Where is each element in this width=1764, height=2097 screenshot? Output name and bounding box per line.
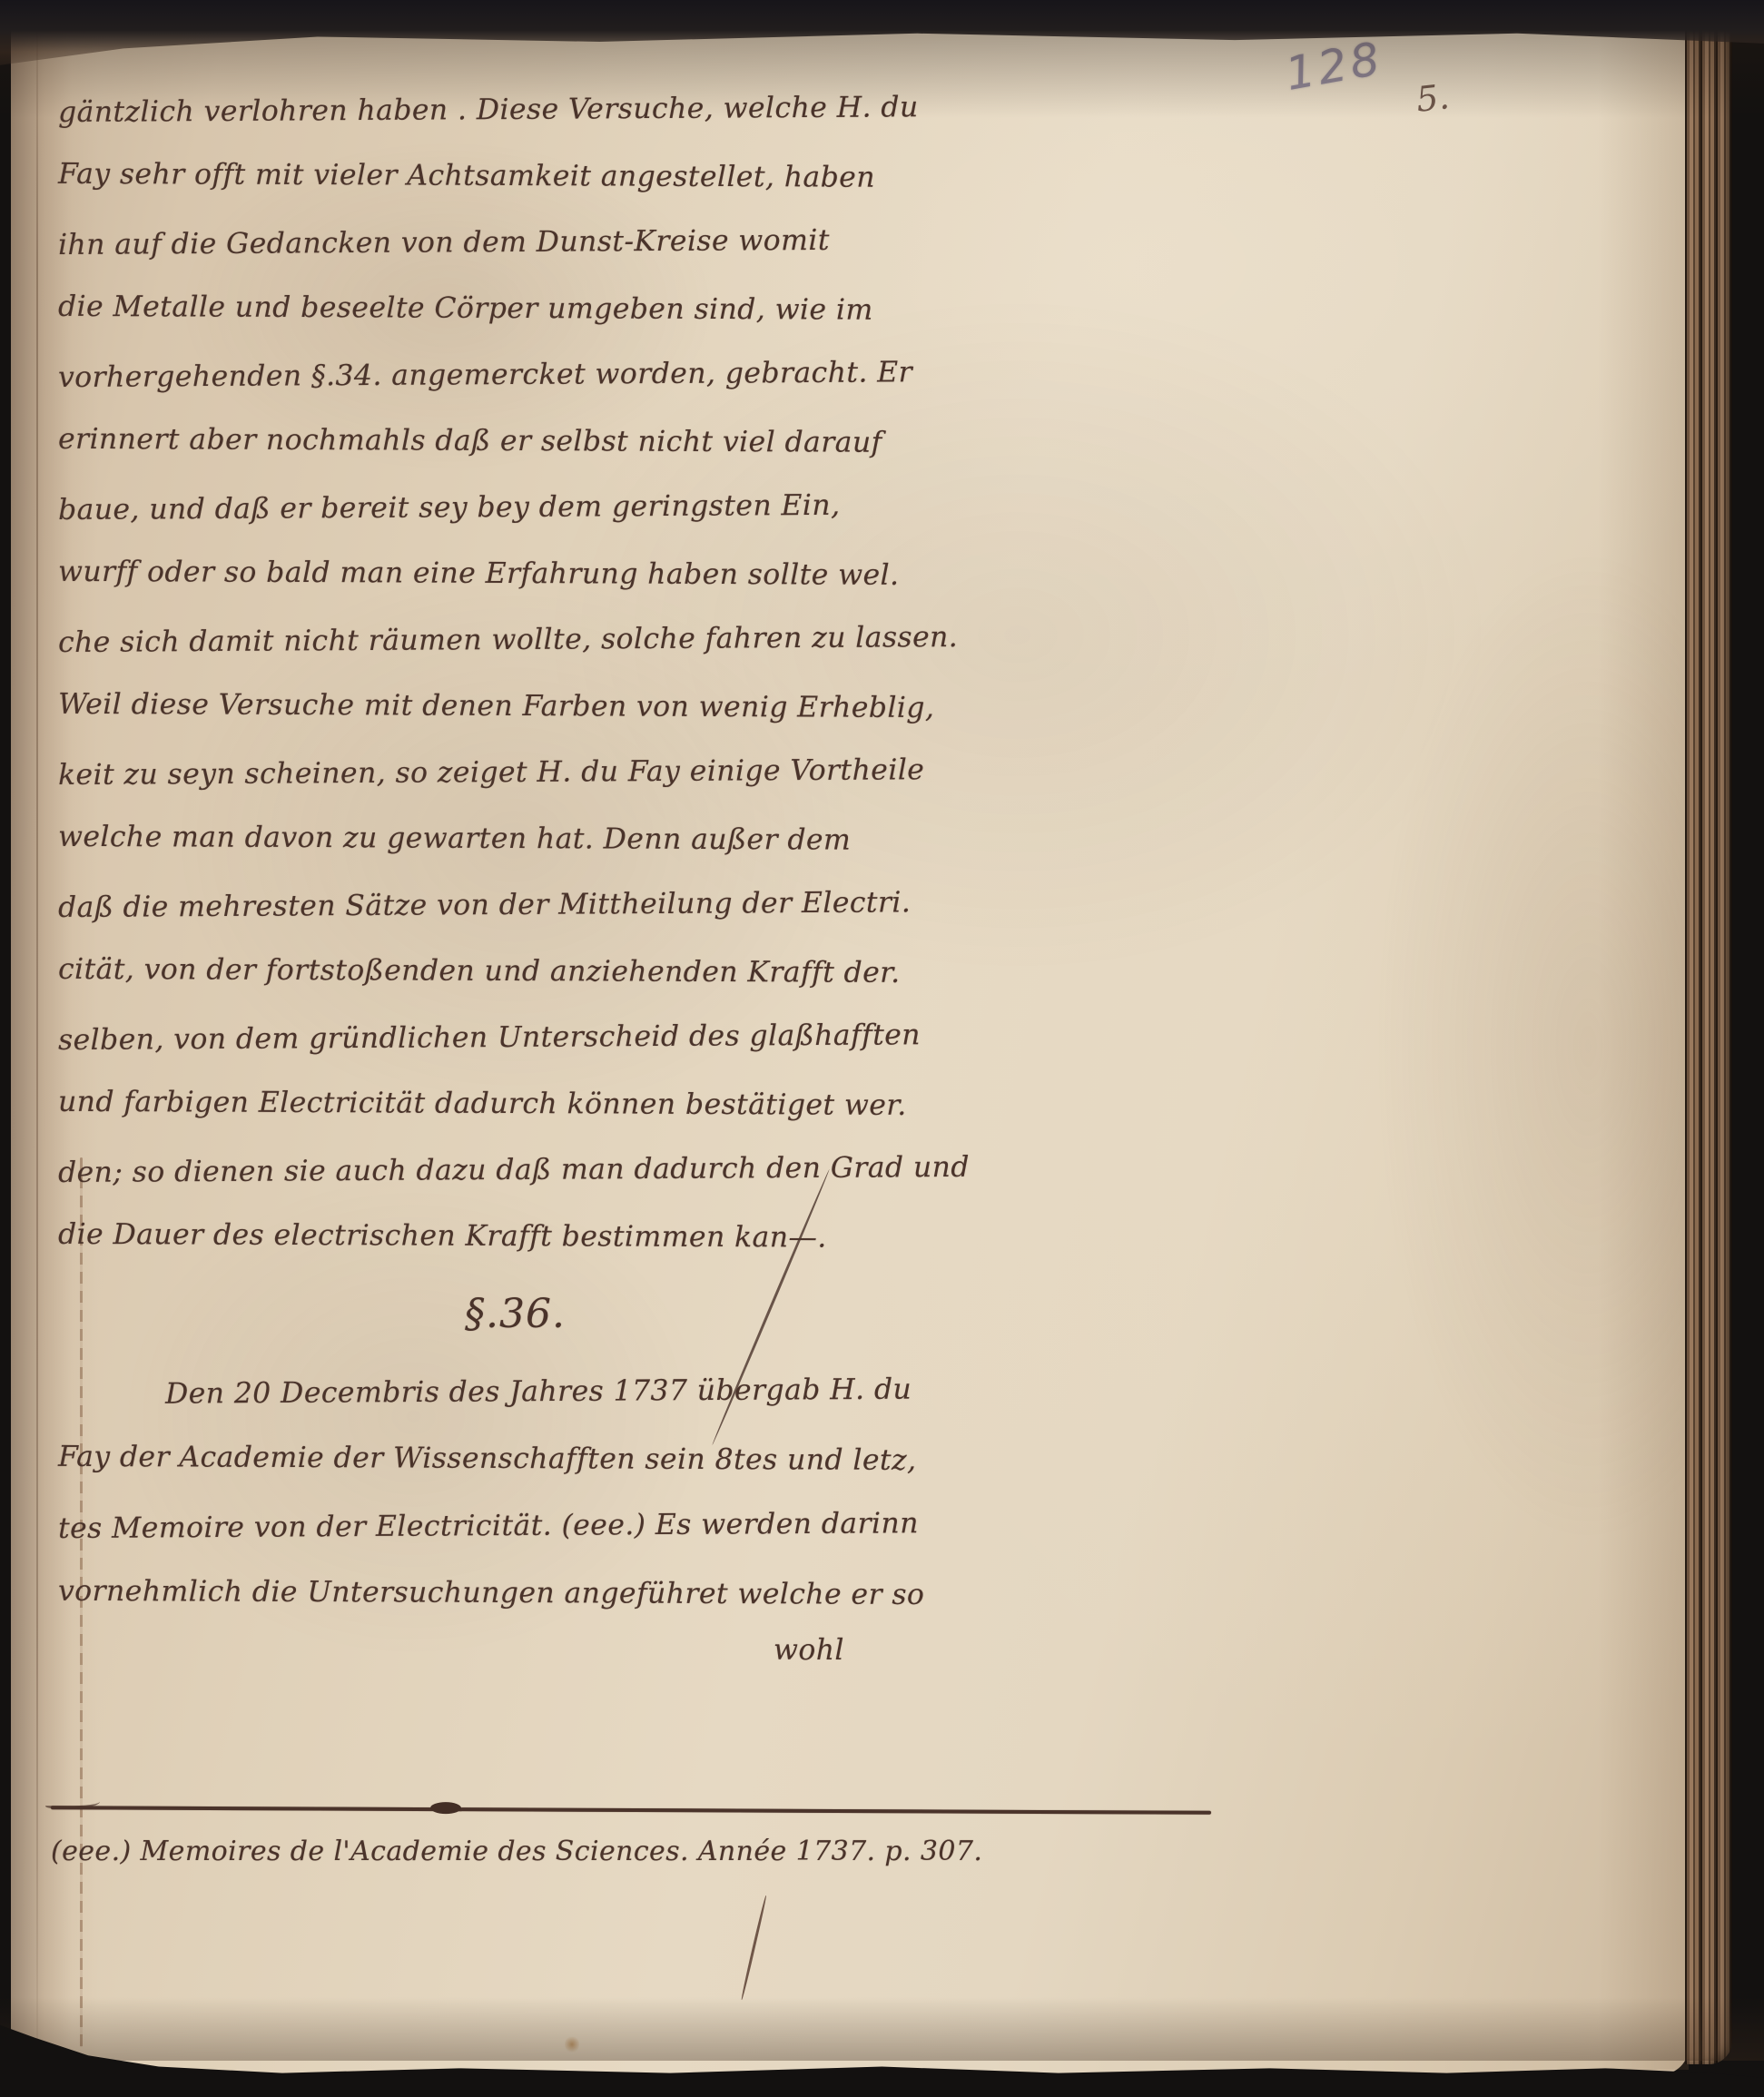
manuscript-line: wurff oder so bald man eine Erfahrung ha… (58, 556, 966, 592)
page-edge-shade (1598, 18, 1689, 2070)
section-heading: §.36. (465, 1291, 566, 1337)
paragraph-line: vornehmlich die Untersuchungen angeführe… (58, 1575, 966, 1611)
manuscript-line: cität, von der fortstoßenden und anziehe… (58, 953, 966, 989)
manuscript-line: keit zu seyn scheinen, so zeiget H. du F… (58, 753, 966, 792)
paragraph-line: Fay der Academie der Wissenschafften sei… (58, 1441, 966, 1477)
manuscript-line: ihn auf die Gedancken von dem Dunst-Krei… (58, 223, 966, 261)
book-photo: gäntzlich verlohren haben . Diese Versuc… (0, 0, 1764, 2097)
bottom-shadow (0, 1997, 1764, 2061)
fore-edge (1685, 15, 1732, 2064)
manuscript-line: Weil diese Versuche mit denen Farben von… (58, 688, 966, 724)
manuscript-line: che sich damit nicht räumen wollte, solc… (58, 621, 966, 659)
paragraph-line: Den 20 Decembris des Jahres 1737 übergab… (58, 1373, 1073, 1412)
paragraph-line: tes Memoire von der Electricität. (eee.)… (58, 1507, 966, 1545)
manuscript-line: daß die mehresten Sätze von der Mittheil… (58, 886, 966, 924)
manuscript-line: die Metalle und beseelte Cörper umgeben … (58, 290, 966, 327)
crease-line (36, 27, 38, 2052)
manuscript-line: erinnert aber nochmahls daß er selbst ni… (58, 423, 966, 459)
catchword: wohl (774, 1634, 844, 1667)
manuscript-line: vorhergehenden §.34. angemercket worden,… (58, 356, 966, 394)
manuscript-line: und farbigen Electricität dadurch können… (58, 1086, 966, 1122)
manuscript-line: selben, von dem gründlichen Unterscheid … (58, 1019, 966, 1057)
manuscript-line: Fay sehr offt mit vieler Achtsamkeit ang… (58, 158, 966, 194)
manuscript-line: den; so dienen sie auch dazu daß man dad… (58, 1151, 966, 1189)
footnote-text: (eee.) Memoires de l'Academie des Scienc… (51, 1836, 982, 1867)
manuscript-line: baue, und daß er bereit sey bey dem geri… (58, 488, 966, 527)
manuscript-line: welche man davon zu gewarten hat. Denn a… (58, 821, 966, 857)
manuscript-line: die Dauer des electrischen Krafft bestim… (58, 1218, 966, 1255)
